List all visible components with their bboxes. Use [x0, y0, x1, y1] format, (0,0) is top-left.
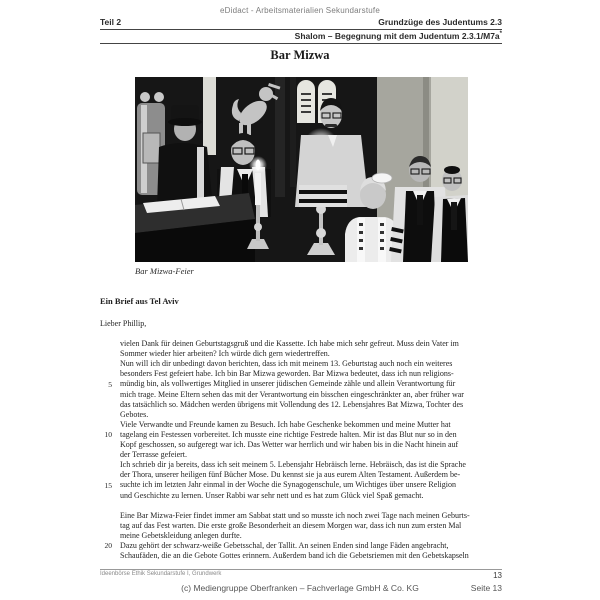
- line-text: Viele Verwandte und Freunde kamen zu Bes…: [120, 420, 451, 430]
- letter-line: mich trage. Meine Eltern sehen das mit d…: [100, 390, 484, 400]
- watermark-header: eDidact - Arbeitsmaterialien Sekundarstu…: [0, 6, 600, 15]
- letter-line: besonders Fest gefeiert habe. Ich bin Ba…: [100, 369, 484, 379]
- letter-section: Ein Brief aus Tel Aviv Lieber Phillip, v…: [100, 296, 484, 561]
- line-number: [100, 531, 112, 541]
- letter-line: Ich schrieb dir ja bereits, dass ich sei…: [100, 460, 484, 470]
- header-part-label: Teil 2: [100, 17, 121, 27]
- letter-line: Viele Verwandte und Freunde kamen zu Bes…: [100, 420, 484, 430]
- letter-line: Gebotes.: [100, 410, 484, 420]
- line-number: [100, 369, 112, 379]
- footer-divider: [100, 569, 502, 570]
- bar-mizwa-photo-illustration: [135, 77, 468, 262]
- line-text: Dazu gehört der schwarz-weiße Gebetsscha…: [120, 541, 449, 552]
- letter-line: Sommer wieder hier arbeiten? Ich würde d…: [100, 349, 484, 359]
- letter-line: und Geschichte zu lernen. Unser Rabbi wa…: [100, 491, 484, 501]
- line-number: [100, 491, 112, 501]
- header-subtitle: Shalom – Begegnung mit dem Judentum 2.3.…: [100, 30, 502, 44]
- footer-page-number: 13: [493, 571, 502, 580]
- header-chapter-label: Grundzüge des Judentums 2.3: [378, 17, 502, 27]
- page-header: Teil 2 Grundzüge des Judentums 2.3 Shalo…: [100, 17, 502, 44]
- line-number: [100, 359, 112, 369]
- line-number: [100, 390, 112, 400]
- line-text: Gebotes.: [120, 410, 148, 420]
- line-number: [100, 551, 112, 561]
- line-number: [100, 400, 112, 410]
- line-number: 10: [100, 430, 112, 441]
- line-number: 5: [100, 379, 112, 390]
- page-title: Bar Mizwa: [0, 48, 600, 63]
- letter-line: Nun will ich dir unbedingt davon bericht…: [100, 359, 484, 369]
- letter-line: vielen Dank für deinen Geburtstagsgruß u…: [100, 339, 484, 349]
- line-text: besonders Fest gefeiert habe. Ich bin Ba…: [120, 369, 454, 379]
- line-number: [100, 460, 112, 470]
- line-text: Kopf geschossen, so aufgeregt war ich. D…: [120, 440, 458, 450]
- photo-caption: Bar Mizwa-Feier: [135, 266, 468, 276]
- line-text: tag auf das Fest warten. Die erste große…: [120, 521, 461, 531]
- line-text: Ich schrieb dir ja bereits, dass ich sei…: [120, 460, 466, 470]
- letter-line: 5 mündig bin, als vollwertiges Mitglied …: [100, 379, 484, 390]
- line-number: [100, 450, 112, 460]
- letter-line: Eine Bar Mizwa-Feier findet immer am Sab…: [100, 511, 484, 521]
- line-number: [100, 339, 112, 349]
- line-number: 20: [100, 541, 112, 552]
- letter-line: der Terrasse gefeiert.: [100, 450, 484, 460]
- tallit-stripes: [299, 185, 347, 207]
- letter-salutation: Lieber Phillip,: [100, 319, 484, 328]
- line-number: [100, 410, 112, 420]
- line-text: mündig bin, als vollwertiges Mitglied in…: [120, 379, 455, 390]
- line-text: vielen Dank für deinen Geburtstagsgruß u…: [120, 339, 459, 349]
- line-text: das tatsächlich so. Mädchen werden übrig…: [120, 400, 463, 410]
- letter-line: 15 suchte ich im letzten Jahr einmal in …: [100, 480, 484, 491]
- line-text: tagelang ein Festessen vorbereitet. Ich …: [120, 430, 457, 441]
- line-text: und Geschichte zu lernen. Unser Rabbi wa…: [120, 491, 423, 501]
- line-text: der Thora, unserer heiligen fünf Bücher …: [120, 470, 460, 480]
- letter-line: 10 tagelang ein Festessen vorbereitet. I…: [100, 430, 484, 441]
- footer-meta-row: Ideenbörse Ethik Sekundarstufe I, Grundw…: [100, 571, 502, 580]
- letter-line: Kopf geschossen, so aufgeregt war ich. D…: [100, 440, 484, 450]
- bar-mizwa-photo: Bar Mizwa-Feier: [135, 77, 468, 276]
- line-text: Schaufäden, die an die Gebote Gottes eri…: [120, 551, 469, 561]
- letter-lines: vielen Dank für deinen Geburtstagsgruß u…: [100, 339, 484, 561]
- line-number: [100, 470, 112, 480]
- letter-line: das tatsächlich so. Mädchen werden übrig…: [100, 400, 484, 410]
- line-text: meine Gebetskleidung anlegen durfte.: [120, 531, 242, 541]
- letter-heading: Ein Brief aus Tel Aviv: [100, 296, 484, 306]
- letter-line: [100, 501, 484, 511]
- footer-page-label: Seite 13: [100, 583, 502, 593]
- line-text: Eine Bar Mizwa-Feier findet immer am Sab…: [120, 511, 470, 521]
- line-number: [100, 420, 112, 430]
- white-curtain-band: [203, 77, 216, 155]
- line-text: der Terrasse gefeiert.: [120, 450, 187, 460]
- line-text: Nun will ich dir unbedingt davon bericht…: [120, 359, 452, 369]
- line-number: 15: [100, 480, 112, 491]
- footnote-mark: *: [500, 31, 502, 37]
- line-text: mich trage. Meine Eltern sehen das mit d…: [120, 390, 464, 400]
- line-number: [100, 440, 112, 450]
- line-text: Sommer wieder hier arbeiten? Ich würde d…: [120, 349, 330, 359]
- line-number: [100, 501, 112, 511]
- line-text: suchte ich im letzten Jahr einmal in der…: [120, 480, 456, 491]
- line-number: [100, 511, 112, 521]
- letter-line: der Thora, unserer heiligen fünf Bücher …: [100, 470, 484, 480]
- letter-line: tag auf das Fest warten. Die erste große…: [100, 521, 484, 531]
- letter-line: meine Gebetskleidung anlegen durfte.: [100, 531, 484, 541]
- letter-line: Schaufäden, die an die Gebote Gottes eri…: [100, 551, 484, 561]
- letter-line: 20 Dazu gehört der schwarz-weiße Gebetss…: [100, 541, 484, 552]
- lectern: [135, 193, 255, 262]
- footer-series-label: Ideenbörse Ethik Sekundarstufe I, Grundw…: [100, 571, 221, 577]
- line-number: [100, 349, 112, 359]
- line-number: [100, 521, 112, 531]
